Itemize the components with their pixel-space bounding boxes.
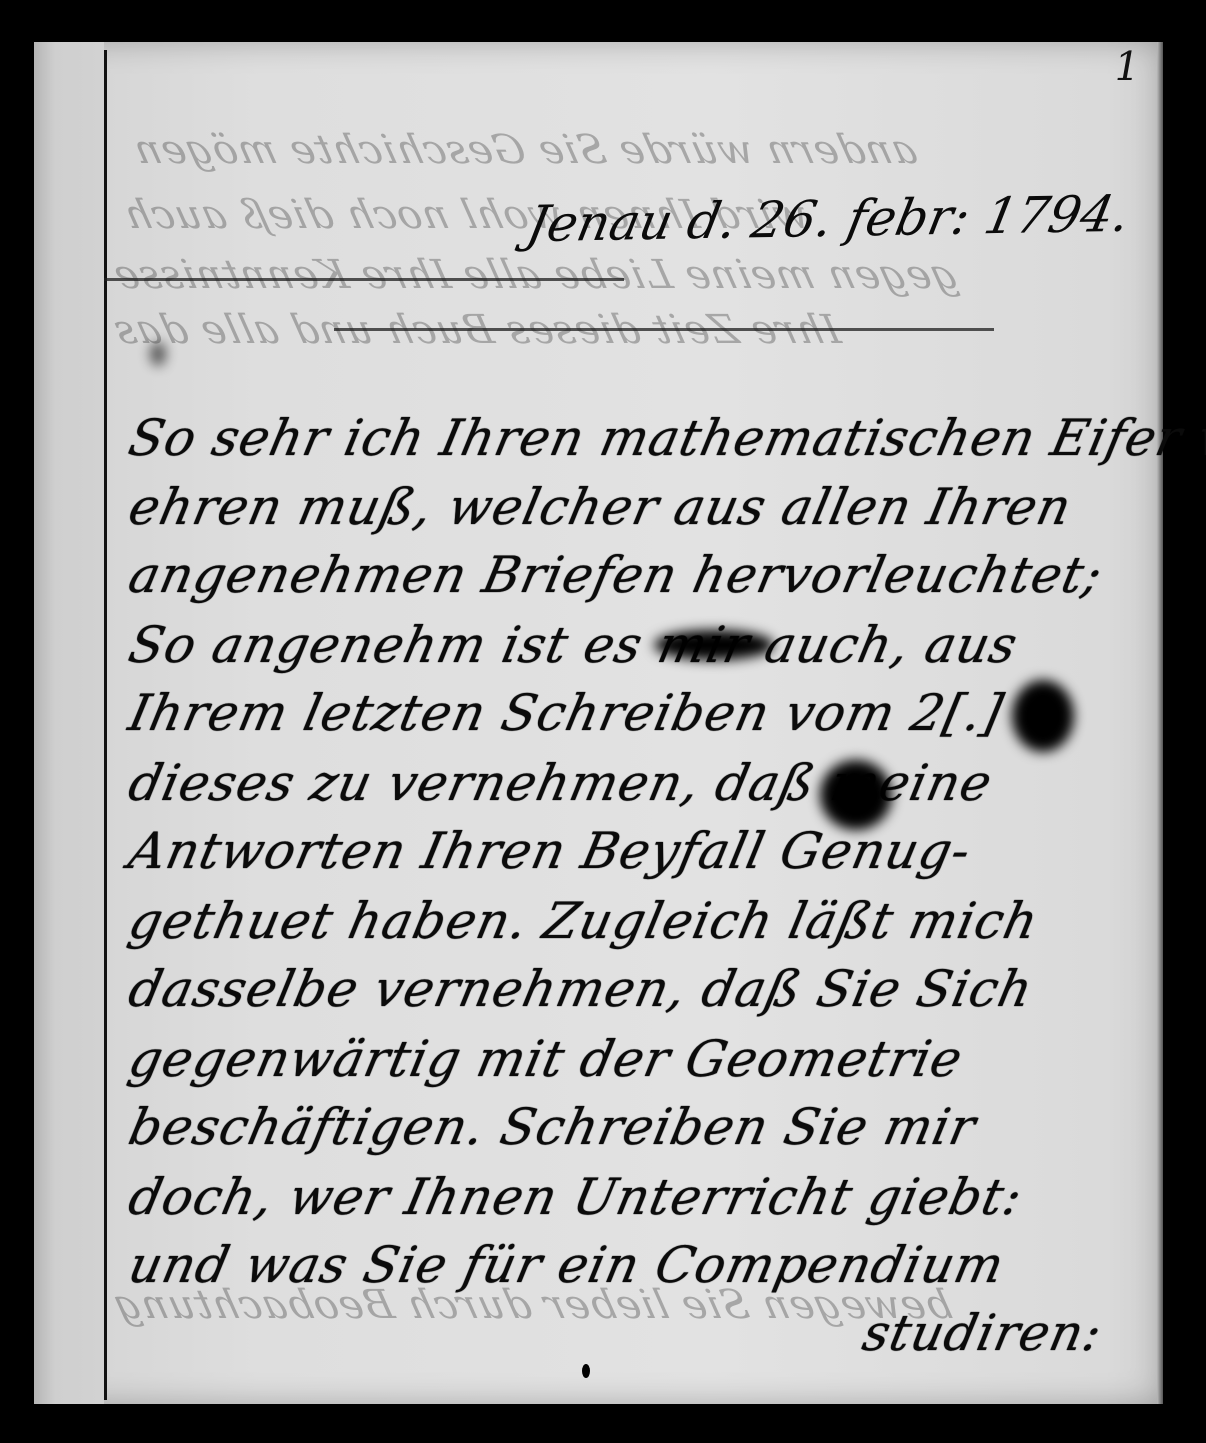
letter-line: beschäftigen. Schreiben Sie mir xyxy=(124,1098,981,1156)
ink-blot xyxy=(150,342,166,366)
ink-blot xyxy=(654,630,774,660)
letter-line: und was Sie für ein Compendium xyxy=(124,1236,1010,1294)
ink-dot xyxy=(582,1364,590,1378)
bleed-underline xyxy=(104,278,624,281)
binding-strip xyxy=(34,42,104,1404)
ink-blot xyxy=(1012,680,1074,752)
letter-line: Ihrem letzten Schreiben vom 2[.] xyxy=(124,684,1009,742)
letter-line: studiren: xyxy=(858,1304,1108,1362)
letter-line: So sehr ich Ihren mathematischen Eifer v… xyxy=(124,409,1206,467)
margin-rule xyxy=(104,50,107,1400)
dateline: Jenau d. 26. febr: 1794. xyxy=(522,185,1134,253)
bleed-underline xyxy=(334,328,994,331)
letter-page: andern würde Sie Geschichte mögen wird I… xyxy=(34,42,1163,1404)
letter-line: doch, wer Ihnen Unterricht giebt: xyxy=(124,1168,1028,1226)
letter-line: angenehmen Briefen hervorleuchtet; xyxy=(124,546,1108,604)
letter-line: gegenwärtig mit der Geometrie xyxy=(124,1030,968,1088)
letter-line: ehren muß, welcher aus allen Ihren xyxy=(124,478,1077,536)
ink-blot xyxy=(820,760,892,830)
page-number: 1 xyxy=(1110,44,1144,90)
bleed-through-line: andern würde Sie Geschichte mögen xyxy=(128,127,921,173)
page-right-edge xyxy=(1157,42,1163,1404)
letter-line: gethuet haben. Zugleich läßt mich xyxy=(124,892,1044,950)
letter-line: Antworten Ihren Beyfall Genug- xyxy=(124,822,976,880)
letter-line: So angenehm ist es mir auch, aus xyxy=(124,616,1023,674)
letter-line: dasselbe vernehmen, daß Sie Sich xyxy=(124,960,1039,1018)
bleed-through-line: gegen meine Liebe alle Ihre Kenntnisse xyxy=(108,252,962,298)
